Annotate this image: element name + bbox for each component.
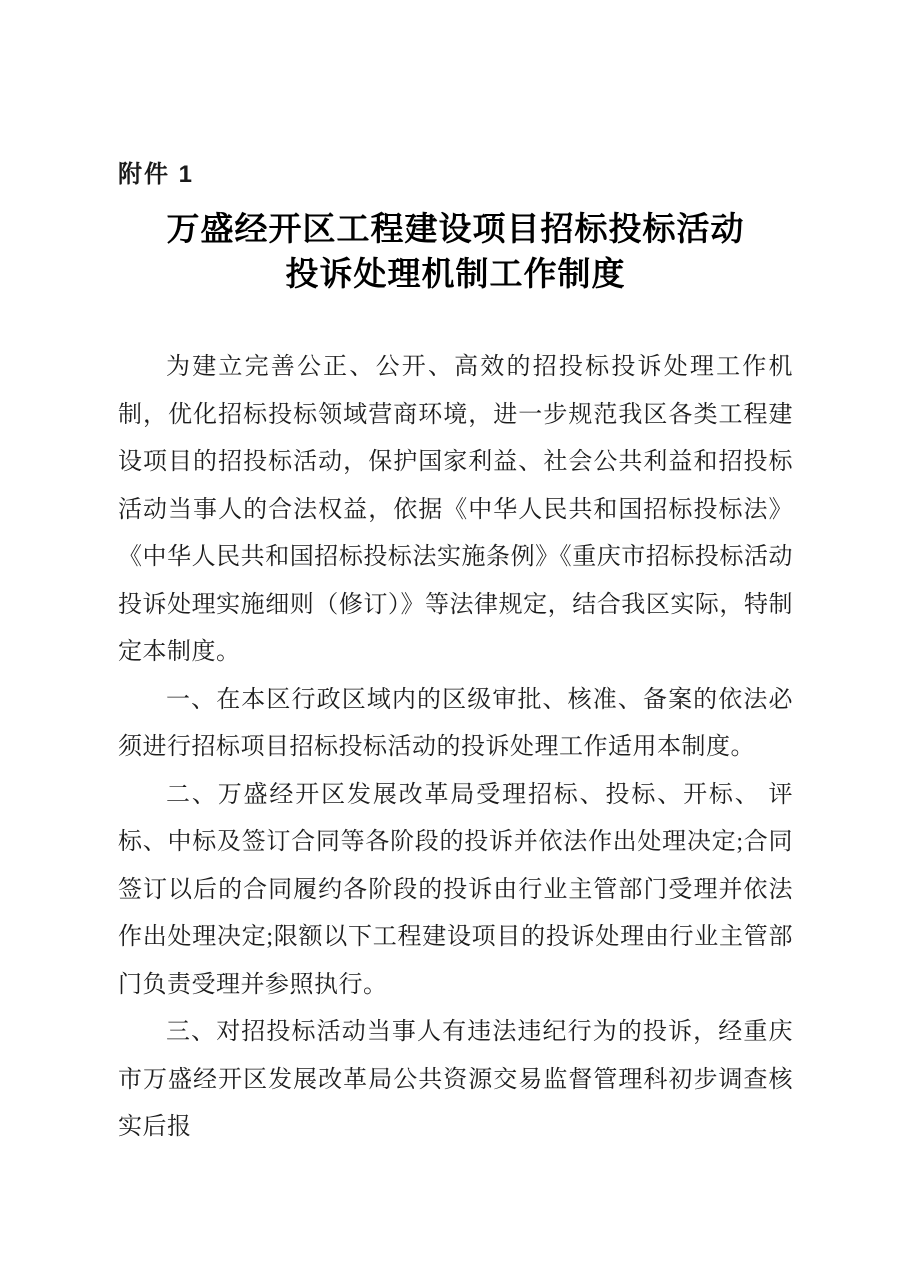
document-page: 附件 1 万盛经开区工程建设项目招标投标活动 投诉处理机制工作制度 为建立完善公… — [0, 0, 900, 1274]
paragraph-preamble: 为建立完善公正、公开、高效的招投标投诉处理工作机制，优化招标投标领域营商环境，进… — [118, 344, 793, 677]
document-title: 万盛经开区工程建设项目招标投标活动 投诉处理机制工作制度 — [118, 208, 793, 298]
attachment-label: 附件 1 — [118, 160, 793, 190]
document-content: 附件 1 万盛经开区工程建设项目招标投标活动 投诉处理机制工作制度 为建立完善公… — [118, 160, 793, 1152]
paragraph-item-3: 三、对招投标活动当事人有违法违纪行为的投诉，经重庆市万盛经开区发展改革局公共资源… — [118, 1009, 793, 1152]
document-title-line-1: 万盛经开区工程建设项目招标投标活动 — [118, 208, 793, 253]
document-body: 为建立完善公正、公开、高效的招投标投诉处理工作机制，优化招标投标领域营商环境，进… — [118, 344, 793, 1152]
paragraph-item-1: 一、在本区行政区域内的区级审批、核准、备案的依法必须进行招标项目招标投标活动的投… — [118, 677, 793, 772]
paragraph-item-2: 二、万盛经开区发展改革局受理招标、投标、开标、 评标、中标及签订合同等各阶段的投… — [118, 772, 793, 1010]
document-title-line-2: 投诉处理机制工作制度 — [118, 253, 793, 298]
